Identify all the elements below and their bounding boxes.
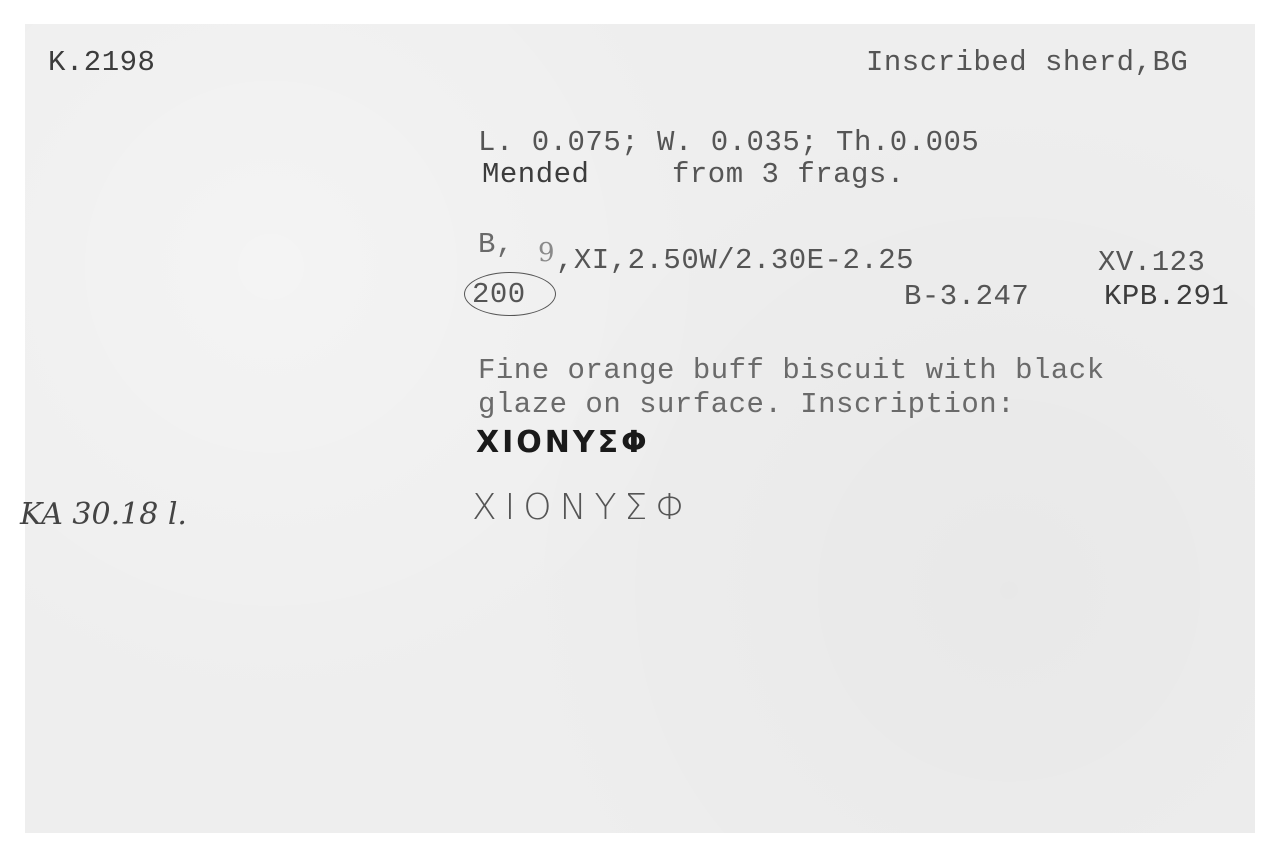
notebook-ref: XV.123 (1098, 248, 1205, 277)
description-line-1: Fine orange buff biscuit with black (478, 356, 1105, 385)
kpb-ref: KPB.291 (1104, 282, 1229, 311)
description-line-2: glaze on surface. Inscription: (478, 390, 1015, 419)
inscription-pencil: ΧΙΟΝΥΣΦ (472, 490, 694, 526)
photo-ref: B-3.247 (904, 282, 1029, 311)
catalog-number: K.2198 (48, 48, 155, 77)
inscription-ink: ΧΙΟΝΥΣΦ (476, 428, 650, 458)
dimensions: L. 0.075; W. 0.035; Th.0.005 (478, 128, 979, 157)
findspot: ,XI,2.50W/2.30E-2.25 (556, 246, 914, 275)
circled-number: 200 (472, 280, 526, 309)
pencil-day: 9 (538, 240, 555, 266)
object-title: Inscribed sherd,BG (866, 48, 1188, 77)
margin-note: KA 30.18 l. (20, 500, 187, 530)
condition-rest: from 3 frags. (672, 160, 905, 189)
location-prefix: B, (478, 230, 514, 259)
condition-word: Mended (482, 160, 589, 189)
